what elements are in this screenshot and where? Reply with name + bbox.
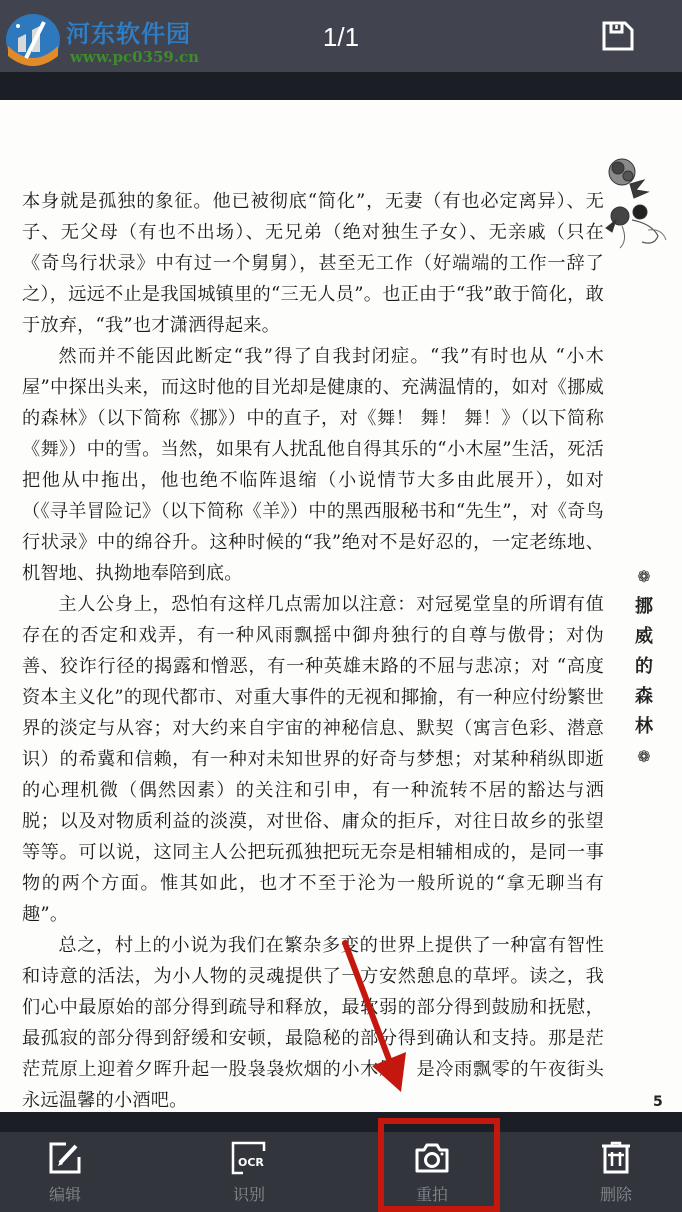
floppy-save-icon (601, 20, 635, 52)
ornament-icon: ❁ (637, 562, 650, 592)
save-button[interactable] (598, 16, 638, 56)
side-title-char: 威 (635, 622, 653, 652)
delete-label: 删除 (600, 1182, 632, 1205)
header-divider-band (0, 72, 682, 100)
paragraph: 总之，村上的小说为我们在繁杂多变的世界上提供了一种富有智性和诗意的活法，为小人物… (22, 930, 604, 1112)
scanned-page-preview: 本身就是孤独的象征。他已被彻底“简化”，无妻（有也必定离异）、无子、无父母（有也… (0, 100, 682, 1112)
svg-text:OCR: OCR (238, 1156, 264, 1169)
bottom-toolbar: 编辑 OCR 识别 重拍 删除 (0, 1132, 682, 1212)
side-title-char: 挪 (635, 592, 653, 622)
watermark-url: www.pc0359.cn (70, 48, 199, 66)
retake-label: 重拍 (416, 1182, 448, 1205)
side-chapter-title: ❁ 挪 威 的 森 林 ❁ (630, 562, 658, 772)
paragraph: 然而并不能因此断定“我”得了自我封闭症。“我”有时也从 “小木屋”中探出头来，而… (22, 341, 604, 589)
ocr-recognize-button[interactable]: OCR 识别 (194, 1132, 304, 1212)
side-title-char: 的 (635, 652, 653, 682)
delete-button[interactable]: 删除 (561, 1132, 671, 1212)
edit-button[interactable]: 编辑 (10, 1132, 120, 1212)
trash-icon (600, 1141, 632, 1175)
watermark: 河东软件园 www.pc0359.cn (4, 8, 214, 66)
ocr-scan-icon: OCR (231, 1141, 267, 1175)
ornament-icon: ❁ (637, 742, 650, 772)
page-counter: 1/1 (323, 22, 359, 52)
toolbar-divider-band (0, 1112, 682, 1132)
edit-label: 编辑 (49, 1182, 81, 1205)
top-app-bar: 河东软件园 www.pc0359.cn 1/1 (0, 0, 682, 72)
camera-icon (414, 1142, 450, 1174)
retake-photo-button[interactable]: 重拍 (377, 1132, 487, 1212)
side-title-char: 林 (635, 712, 653, 742)
page-body-text: 本身就是孤独的象征。他已被彻底“简化”，无妻（有也必定离异）、无子、无父母（有也… (22, 186, 604, 1112)
watermark-logo-icon (4, 12, 62, 68)
ocr-label: 识别 (233, 1182, 265, 1205)
edit-pencil-icon (48, 1141, 82, 1175)
side-title-char: 森 (635, 682, 653, 712)
watermark-title: 河东软件园 (66, 14, 191, 49)
paragraph: 主人公身上，恐怕有这样几点需加以注意：对冠冕堂皇的所谓有值存在的否定和戏弄，有一… (22, 589, 604, 930)
page-number: 5 (653, 1094, 663, 1110)
floral-decoration-icon (592, 150, 672, 250)
paragraph: 本身就是孤独的象征。他已被彻底“简化”，无妻（有也必定离异）、无子、无父母（有也… (22, 186, 604, 341)
